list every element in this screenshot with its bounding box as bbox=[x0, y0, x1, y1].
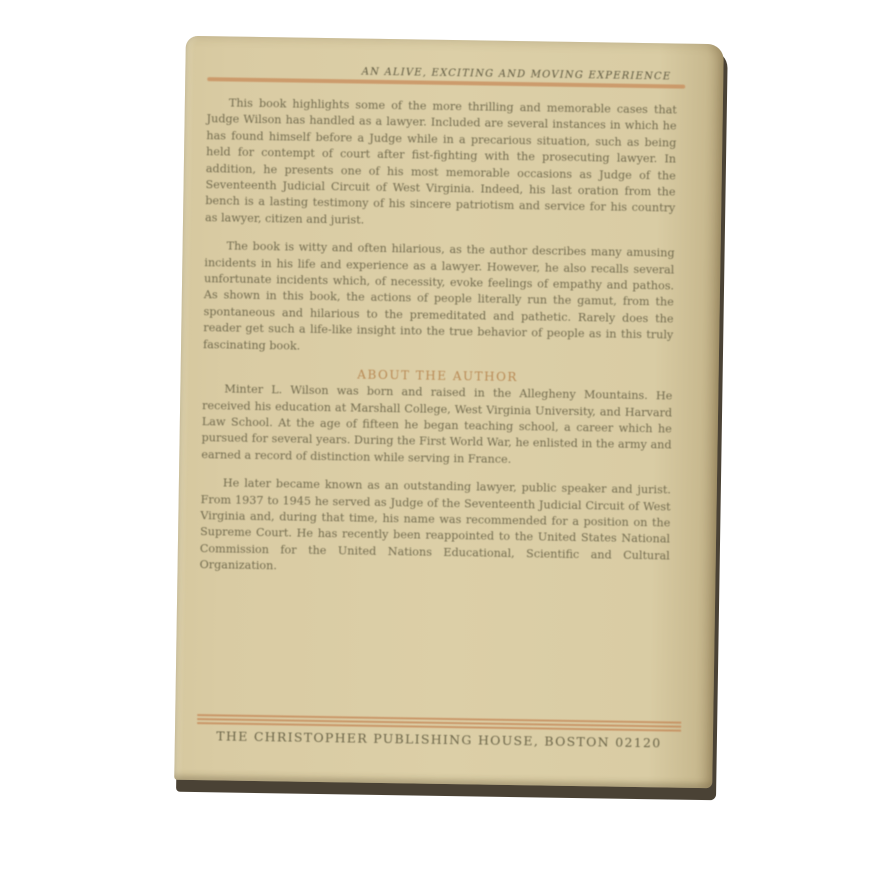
blurb-paragraph-2: The book is witty and often hilarious, a… bbox=[203, 238, 675, 360]
dust-jacket-back-cover: AN ALIVE, EXCITING AND MOVING EXPERIENCE… bbox=[174, 36, 724, 788]
blurb-paragraph-1: This book highlights some of the more th… bbox=[205, 95, 677, 234]
about-paragraph-1: Minter L. Wilson was born and raised in … bbox=[201, 381, 672, 470]
photo-scene: AN ALIVE, EXCITING AND MOVING EXPERIENCE… bbox=[0, 0, 889, 889]
cover-content: AN ALIVE, EXCITING AND MOVING EXPERIENCE… bbox=[199, 64, 677, 593]
book: AN ALIVE, EXCITING AND MOVING EXPERIENCE… bbox=[174, 36, 726, 794]
about-paragraph-2: He later became known as an outstanding … bbox=[199, 475, 670, 581]
